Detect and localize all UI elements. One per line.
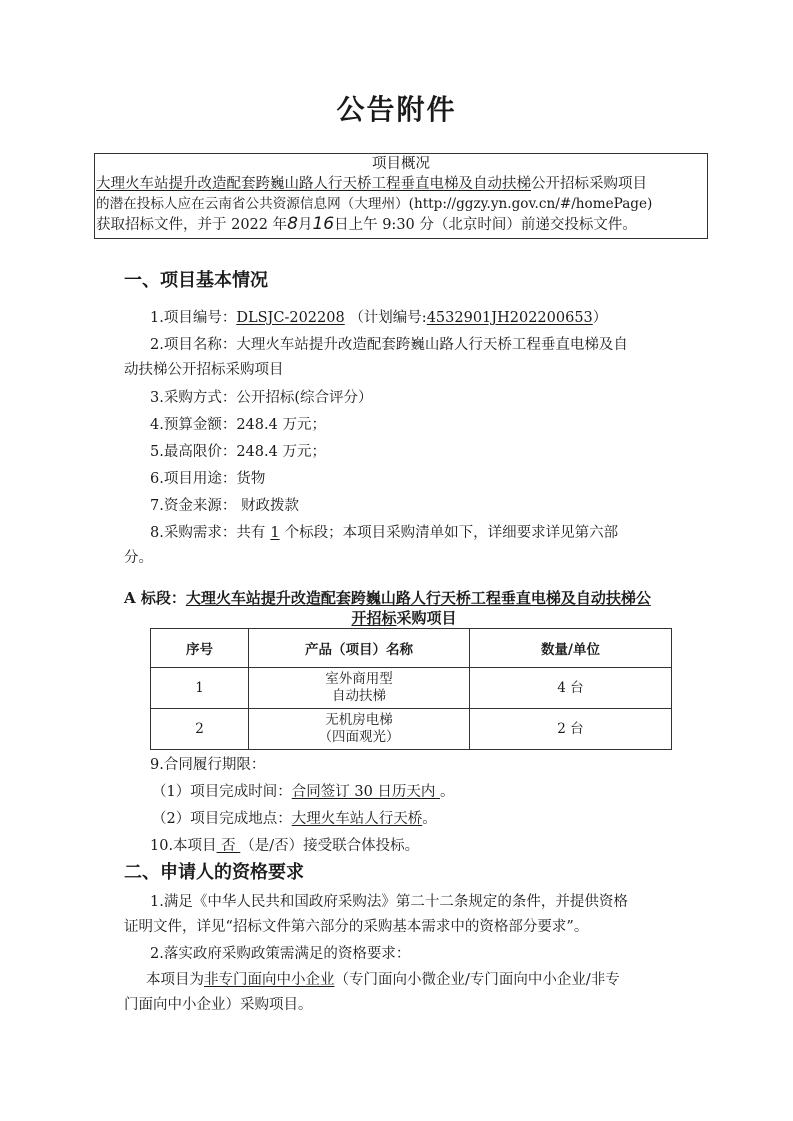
overview-heading: 项目概况 [95,154,707,174]
cell-quantity: 4 台 [469,668,671,709]
label: 1.项目编号： [150,310,236,326]
overview-deadline-suffix: 日上午 9:30 分（北京时间）前递交投标文件。 [334,217,637,233]
lot-count: 1 [265,525,284,541]
item-contract-period: 9.合同履行期限： [150,753,265,774]
period: 。 [422,811,437,827]
handwritten-month: 8 [287,214,298,234]
header-quantity: 数量/单位 [469,629,671,668]
cell-no: 2 [151,709,249,750]
overview-line-1: 大理火车站提升改造配套跨巍山路人行天桥工程垂直电梯及自动扶梯公开招标采购项目 [95,174,707,194]
label: （计划编号: [349,310,426,326]
lot-name-underlined: 开招标 [351,609,396,627]
item-max-price: 5.最高限价：248.4 万元； [150,440,326,461]
cell-quantity: 2 台 [469,709,671,750]
consortium-text: （是/否）接受联合体投标。 [240,838,419,854]
month-suffix: 月 [298,217,313,233]
period: 。 [440,784,455,800]
paren: ） [593,310,608,326]
item-completion-time: （1）项目完成时间：合同签订 30 日历天内 。 [152,780,455,801]
label: （2）项目完成地点： [152,811,292,827]
item-requirement-line2: 分。 [124,546,153,567]
item-usage: 6.项目用途：货物 [150,467,265,488]
project-code: DLSJC-202208 [236,310,344,326]
product-line2: （四面观光） [319,729,400,745]
table-header-row: 序号 产品（项目）名称 数量/单位 [151,629,672,668]
lot-label: A 标段： [124,589,186,607]
label: 10.本项目 [150,838,217,854]
overview-line1-rest: 公开招标采购项目 [531,176,647,192]
item-budget: 4.预算金额：248.4 万元； [150,413,326,434]
policy-value: 非专门面向中小企业 [204,972,335,988]
policy-line2: 门面向中小企业）采购项目。 [124,993,313,1014]
table-row: 1 室外商用型自动扶梯 4 台 [151,668,672,709]
procurement-items-table: 序号 产品（项目）名称 数量/单位 1 室外商用型自动扶梯 4 台 2 无机房电… [150,628,672,750]
overview-line-3: 获取招标文件，并于 2022 年8月16日上午 9:30 分（北京时间）前递交投… [95,214,707,235]
overview-deadline-prefix: 获取招标文件，并于 2022 年 [96,217,287,233]
policy-options: （专门面向小微企业/专门面向中小企业/非专 [335,972,620,988]
overview-line-2: 的潜在投标人应在云南省公共资源信息网（大理州）(http://ggzy.yn.g… [95,194,707,214]
lot-name-rest: 采购项目 [397,609,457,627]
item-procurement-method: 3.采购方式：公开招标(综合评分） [150,386,373,407]
qualification-2: 2.落实政府采购政策需满足的资格要求： [150,942,410,963]
handwritten-day: 16 [312,214,334,234]
project-overview-box: 项目概况 大理火车站提升改造配套跨巍山路人行天桥工程垂直电梯及自动扶梯公开招标采… [94,153,708,239]
item-completion-place: （2）项目完成地点：大理火车站人行天桥。 [152,807,437,828]
page-title: 公告附件 [0,88,793,128]
label: 8.采购需求：共有 [150,525,265,541]
qualification-1-line2: 证明文件，详见“招标文件第六部分的采购基本需求中的资格部分要求”。 [124,915,588,936]
item-requirement: 8.采购需求：共有1个标段；本项目采购清单如下，详细要求详见第六部 [150,521,618,542]
consortium-value: 否 [217,838,241,854]
section-2-heading: 二、申请人的资格要求 [124,858,304,884]
item-project-name-line2: 动扶梯公开招标采购项目 [124,358,284,379]
table-row: 2 无机房电梯（四面观光） 2 台 [151,709,672,750]
label: 本项目为 [146,972,204,988]
cell-no: 1 [151,668,249,709]
cell-product: 无机房电梯（四面观光） [249,709,470,750]
header-no: 序号 [151,629,249,668]
lot-a-title: A 标段：大理火车站提升改造配套跨巍山路人行天桥工程垂直电梯及自动扶梯公 开招标… [124,588,684,628]
lot-name: 大理火车站提升改造配套跨巍山路人行天桥工程垂直电梯及自动扶梯公 [186,589,651,607]
product-line2: 自动扶梯 [332,688,386,704]
item-project-code: 1.项目编号：DLSJC-202208 （计划编号:4532901JH20220… [150,306,607,327]
completion-time: 合同签订 30 日历天内 [292,784,440,800]
plan-code: 4532901JH202200653 [427,310,593,326]
product-line1: 室外商用型 [325,671,393,687]
item-consortium: 10.本项目 否 （是/否）接受联合体投标。 [150,834,419,855]
policy-line1: 本项目为非专门面向中小企业（专门面向小微企业/专门面向中小企业/非专 [146,968,620,989]
product-line1: 无机房电梯 [325,712,393,728]
overview-project-name: 大理火车站提升改造配套跨巍山路人行天桥工程垂直电梯及自动扶梯 [96,176,531,192]
header-product: 产品（项目）名称 [249,629,470,668]
completion-place: 大理火车站人行天桥 [292,811,423,827]
label: （1）项目完成时间： [152,784,292,800]
cell-product: 室外商用型自动扶梯 [249,668,470,709]
item-project-name-line1: 2.项目名称：大理火车站提升改造配套跨巍山路人行天桥工程垂直电梯及自 [150,333,628,354]
item-funding: 7.资金来源： 财政拨款 [150,494,299,515]
requirement-text: 个标段；本项目采购清单如下，详细要求详见第六部 [285,525,619,541]
qualification-1-line1: 1.满足《中华人民共和国政府采购法》第二十二条规定的条件，并提供资格 [150,890,628,911]
section-1-heading: 一、项目基本情况 [124,266,268,292]
lot-name-line2: 开招标采购项目 [124,608,684,628]
